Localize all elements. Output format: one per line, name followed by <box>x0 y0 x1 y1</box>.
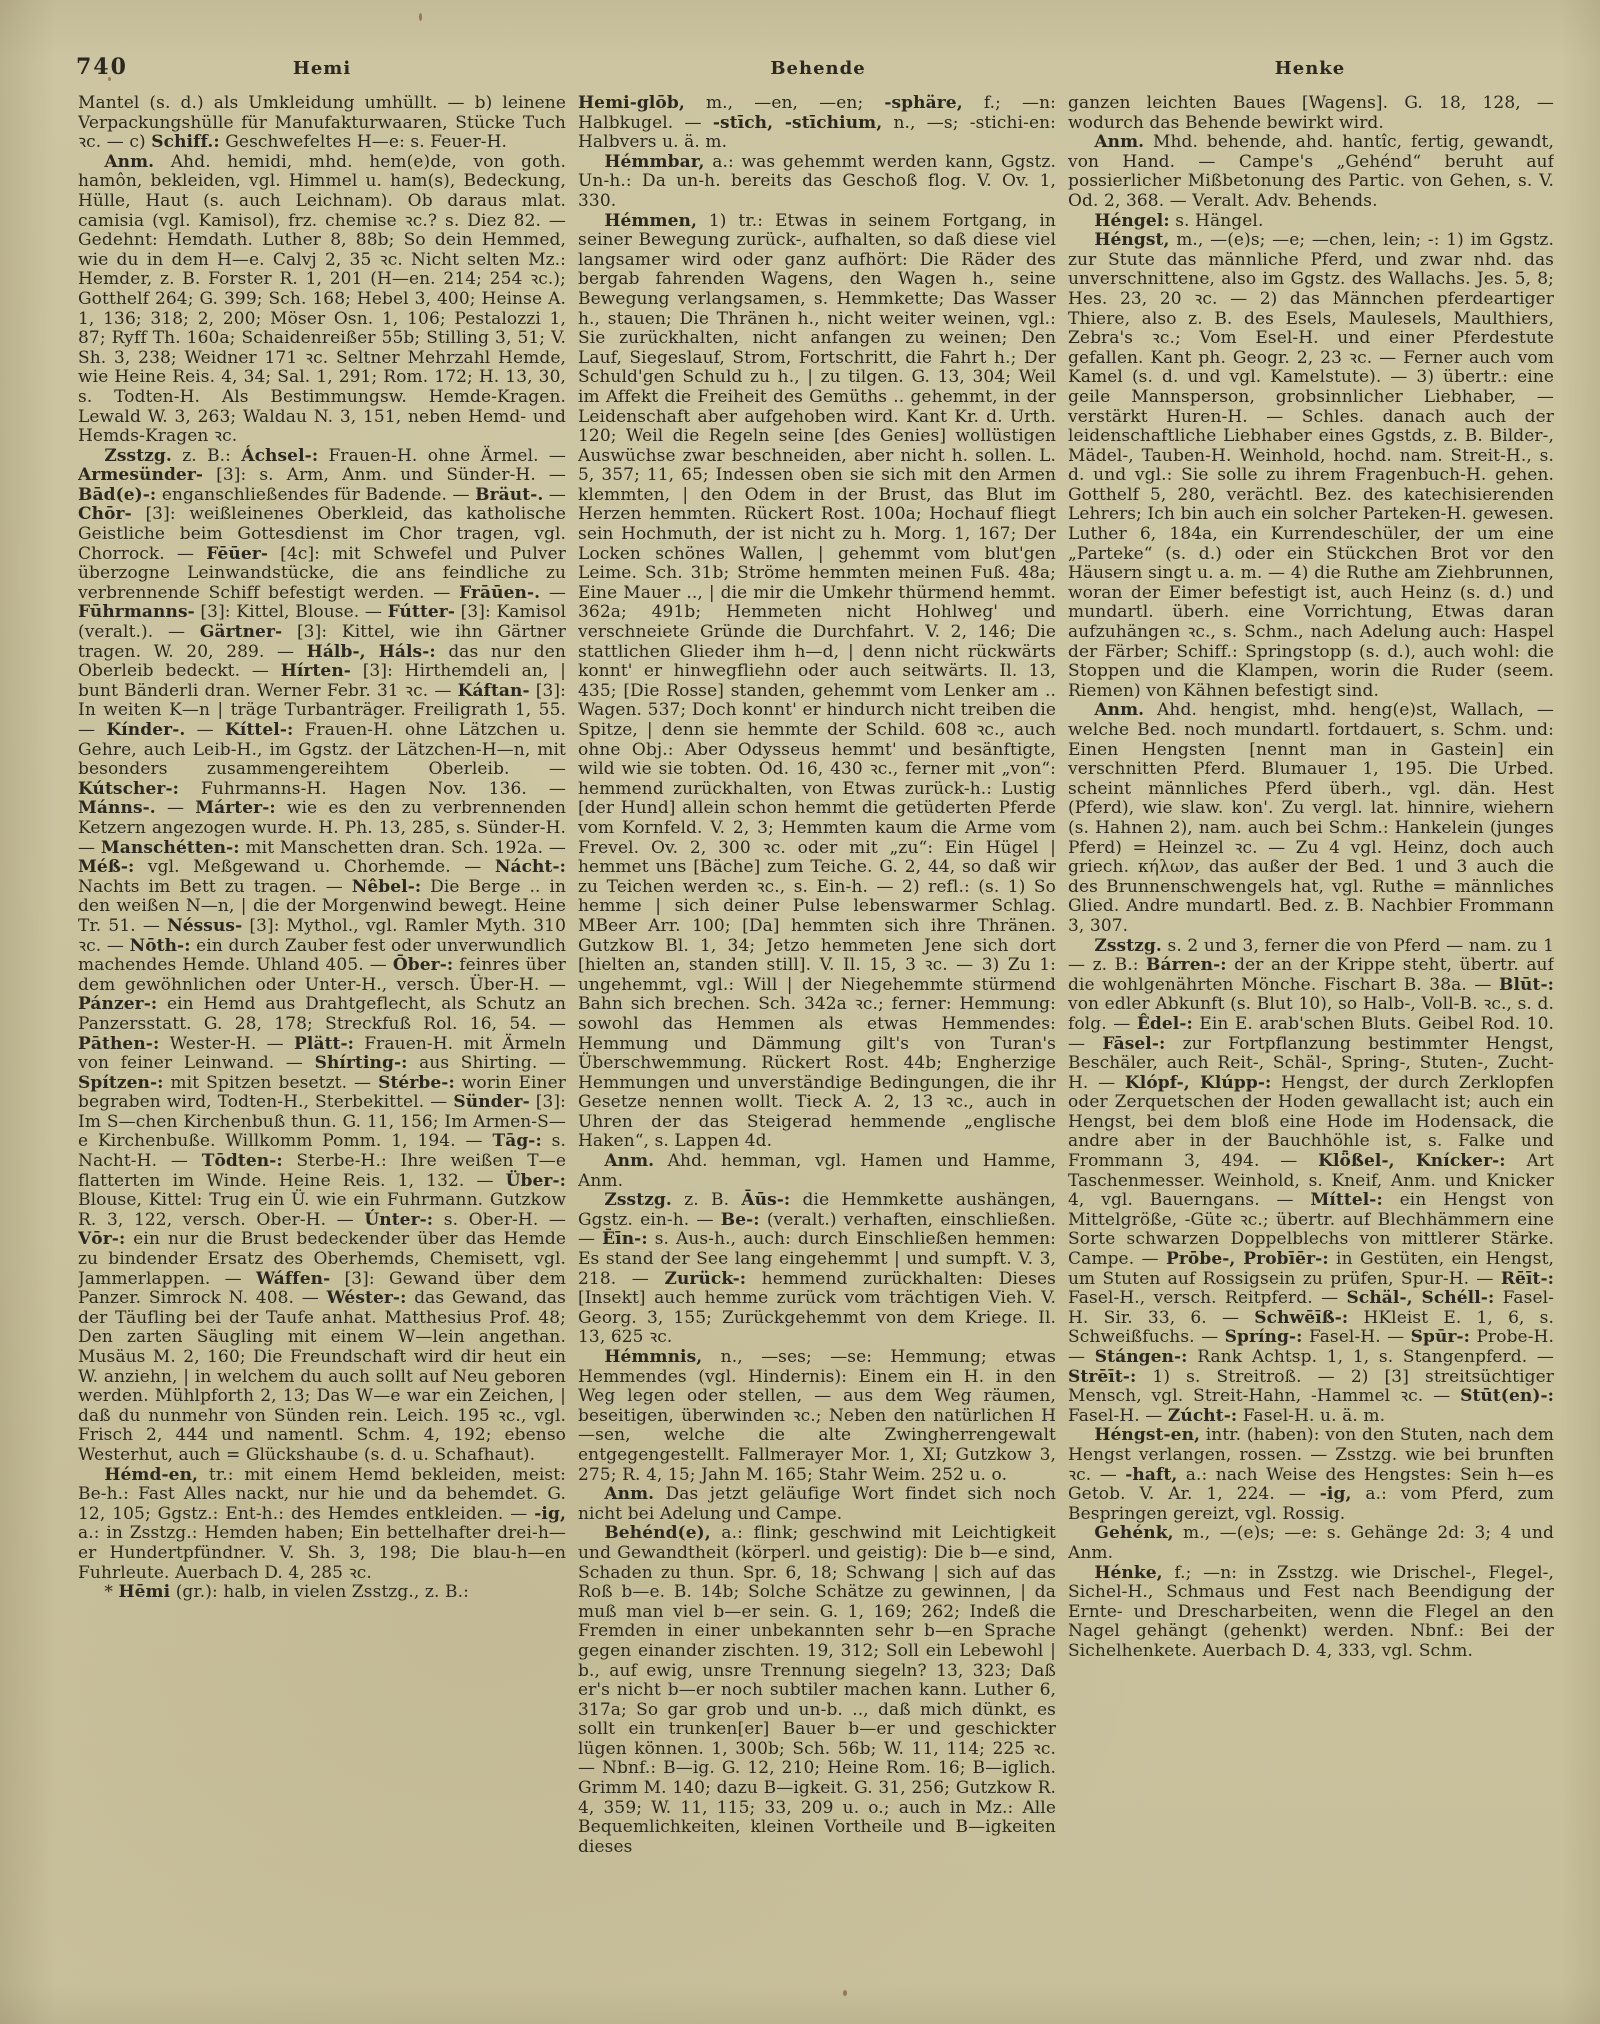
dictionary-page: 740 Hemi Behende Henke Mantel (s. d.) al… <box>0 0 1600 2024</box>
headword: Márter-: <box>195 798 276 818</box>
headword: Zsstzg. <box>104 446 172 466</box>
entry-paragraph: * Hēmi (gr.): halb, in vielen Zsstzg., z… <box>78 1583 566 1603</box>
headword: Gärtner- <box>200 622 282 642</box>
headword: Strēīt-: <box>1068 1367 1136 1387</box>
headword: Sünder- <box>453 1092 529 1112</box>
entry-text: a.: flink; geschwind mit Leichtigkeit un… <box>578 1523 1056 1857</box>
headword: Êdel-: <box>1137 1014 1193 1034</box>
entry-text: Geschwefeltes H—e: s. Feuer-H. <box>220 132 507 152</box>
headword: Schiff.: <box>151 132 219 152</box>
headword: Zúcht-: <box>1168 1406 1237 1426</box>
entry-paragraph: Hémmnis, n., —ses; —se: Hemmung; etwas H… <box>578 1348 1056 1485</box>
entry-text: Fasel-H. — <box>1303 1327 1411 1347</box>
headword: Wéster-: <box>327 1288 407 1308</box>
entry-text: — <box>185 720 225 740</box>
entry-text: — <box>156 798 195 818</box>
paper-speck <box>843 1990 847 1996</box>
headword: Zsstzg. <box>604 1190 672 1210</box>
entry-text: Fasel-H., versch. Reitpferd. — <box>1068 1288 1347 1308</box>
headword: Nōth-: <box>130 936 191 956</box>
dictionary-column-2: Hemi-glōb, m., —en, —en; -sphäre, f.; —n… <box>578 94 1056 1904</box>
headword: Anm. <box>1094 132 1144 152</box>
entry-paragraph: Héngst-en, intr. (haben): von den Stuten… <box>1068 1426 1554 1524</box>
page-number: 740 <box>76 54 128 80</box>
entry-paragraph: Mantel (s. d.) als Umkleidung umhüllt. —… <box>78 94 566 153</box>
running-head-right: Henke <box>1275 58 1345 79</box>
entry-paragraph: Anm. Ahd. hengist, mhd. heng(e)st, Walla… <box>1068 701 1554 936</box>
entry-text: s. Hängel. <box>1170 211 1264 231</box>
headword: Schäl-, Schéll-: <box>1347 1288 1495 1308</box>
headword: Únter-: <box>364 1210 433 1230</box>
headword: Hírten- <box>281 661 351 681</box>
headword: Anm. <box>1094 700 1144 720</box>
entry-text: das Gewand, das der Täufling bei der Tau… <box>78 1288 566 1465</box>
headword: Káftan- <box>458 681 530 701</box>
entry-text: z. B.: <box>172 446 241 466</box>
entry-paragraph: Héngst, m., —(e)s; —e; —chen, lein; -: 1… <box>1068 231 1554 701</box>
headword: -ig, <box>534 1504 566 1524</box>
headword: Hémmnis, <box>604 1347 702 1367</box>
headword: Über-: <box>506 1171 566 1191</box>
headword: Hémmen, <box>604 211 697 231</box>
headword: Behénd(e), <box>604 1523 710 1543</box>
running-head-center: Behende <box>770 58 865 79</box>
entry-paragraph: Anm. Ahd. hemman, vgl. Hamen und Hamme, … <box>578 1152 1056 1191</box>
entry-paragraph: Hemi-glōb, m., —en, —en; -sphäre, f.; —n… <box>578 94 1056 153</box>
headword: Plätt-: <box>294 1034 354 1054</box>
entry-text: Rank Achtsp. 1, 1, s. Stangenpferd. — <box>1188 1347 1554 1367</box>
entry-text: a.: in Zsstzg.: Hemden haben; Ein bettel… <box>78 1523 566 1582</box>
entry-text: Wester-H. — <box>159 1034 294 1054</box>
entry-text: mit Spitzen besetzt. — <box>164 1073 379 1093</box>
headword: -haft, <box>1125 1465 1177 1485</box>
entry-paragraph: Anm. Das jetzt geläufige Wort findet sic… <box>578 1485 1056 1524</box>
entry-paragraph: Zsstzg. z. B. Āūs-: die Hemmkette aushän… <box>578 1191 1056 1348</box>
entry-paragraph: Héngel: s. Hängel. <box>1068 212 1554 232</box>
headword: -sphäre, <box>884 94 962 113</box>
entry-text: (gr.): halb, in vielen Zsstzg., z. B.: <box>170 1582 469 1602</box>
paper-speck <box>700 415 702 418</box>
headword: Spríng-: <box>1225 1327 1303 1347</box>
headword: Manschétten-: <box>101 838 240 858</box>
headword: Zurück-: <box>664 1269 746 1289</box>
entry-text: [3]: Kittel, Blouse. — <box>195 602 388 622</box>
headword: Klȫßel-, Knícker-: <box>1318 1151 1506 1171</box>
entry-text: Fasel-H. u. ä. m. <box>1237 1406 1385 1426</box>
entry-text: m., —(e)s; —e; —chen, lein; -: 1) im Ggs… <box>1068 230 1554 701</box>
headword: Fāsel-: <box>1102 1034 1165 1054</box>
headword: Nêbel-: <box>352 877 422 897</box>
headword: Bräut-. <box>475 485 543 505</box>
entry-text: m., —en, —en; <box>685 94 884 113</box>
entry-paragraph: Hémmen, 1) tr.: Etwas in seinem Fortgang… <box>578 212 1056 1153</box>
headword: Spítzen-: <box>78 1073 164 1093</box>
headword: Armesünder- <box>78 465 203 485</box>
headword: Néssus- <box>167 916 242 936</box>
headword: Méß-: <box>78 857 134 877</box>
headword: Ōber-: <box>393 955 453 975</box>
headword: Kíttel-: <box>225 720 293 740</box>
entry-text: aus Shirting. — <box>408 1053 566 1073</box>
headword: Shírting-: <box>315 1053 408 1073</box>
headword: Kínder-. <box>106 720 185 740</box>
entry-text: s. Ober-H. — <box>433 1210 566 1230</box>
entry-paragraph: Zsstzg. s. 2 und 3, ferner die von Pferd… <box>1068 937 1554 1427</box>
headword: Chōr- <box>78 504 132 524</box>
headword: Bárren-: <box>1146 955 1227 975</box>
entry-text: n., —ses; —se: Hemmung; etwas Hemmendes … <box>578 1347 1056 1485</box>
entry-paragraph: Anm. Ahd. hemidi, mhd. hem(e)de, von got… <box>78 153 566 447</box>
entry-text: 1) tr.: Etwas in seinem Fortgang, in sei… <box>578 211 1056 1152</box>
headword: Héngst-en, <box>1094 1425 1200 1445</box>
entry-text: * <box>104 1582 118 1602</box>
headword: Blūt-: <box>1499 975 1554 995</box>
headword: Pánzer-: <box>78 994 157 1014</box>
headword: Hēmi <box>118 1582 170 1602</box>
headword: Nácht-: <box>495 857 566 877</box>
paper-speck <box>419 13 422 21</box>
entry-text: — <box>543 485 566 505</box>
headword: Hémmbar, <box>604 152 704 172</box>
headword: Hemi-glōb, <box>578 94 685 113</box>
entry-text: enganschließendes für Badende. — <box>156 485 475 505</box>
headword: Stángen-: <box>1095 1347 1188 1367</box>
entry-paragraph: Hémmbar, a.: was gehemmt werden kann, Gg… <box>578 153 1056 212</box>
headword: Āūs-: <box>741 1190 790 1210</box>
headword: Frāūen-. <box>459 583 540 603</box>
headword: Héngel: <box>1094 211 1169 231</box>
headword: Hémd-en, <box>104 1465 198 1485</box>
headword: Bād(e)-: <box>78 485 156 505</box>
headword: Anm. <box>604 1484 654 1504</box>
headword: Pāthen-: <box>78 1034 159 1054</box>
entry-text: Ahd. hengist, mhd. heng(e)st, Wallach, —… <box>1068 700 1554 936</box>
headword: Héngst, <box>1094 230 1169 250</box>
headword: Gehénk, <box>1094 1523 1173 1543</box>
entry-text: [3]: s. Arm, Anm. und Sünder-H. — <box>203 465 566 485</box>
headword: Be-: <box>721 1210 760 1230</box>
headword: Fútter- <box>388 602 455 622</box>
entry-text: Fasel-H. — <box>1068 1406 1168 1426</box>
headword: Stérbe-: <box>378 1073 455 1093</box>
dictionary-column-3: ganzen leichten Baues [Wagens]. G. 18, 1… <box>1068 94 1554 1904</box>
headword: Rēīt-: <box>1501 1269 1554 1289</box>
entry-text: Nachts im Bett zu tragen. — <box>78 877 352 897</box>
headword: Tāg-: <box>492 1131 541 1151</box>
headword: Stūt(en)-: <box>1460 1386 1554 1406</box>
entry-paragraph: Hénke, f.; —n: in Zsstzg. wie Drischel-,… <box>1068 1564 1554 1662</box>
entry-paragraph: Behénd(e), a.: flink; geschwind mit Leic… <box>578 1524 1056 1857</box>
headword: Schwēīß-: <box>1254 1308 1348 1328</box>
headword: Anm. <box>604 1151 654 1171</box>
headword: Fūhrmanns- <box>78 602 195 622</box>
entry-text: Fuhrmanns-H. Hagen Nov. 136. — <box>179 779 566 799</box>
headword: Tōdten-: <box>202 1151 283 1171</box>
headword: Vōr-: <box>78 1229 125 1249</box>
headword: Hálb-, Háls-: <box>307 642 436 662</box>
entry-paragraph: Gehénk, m., —(e)s; —e: s. Gehänge 2d: 3;… <box>1068 1524 1554 1563</box>
entry-text: ganzen leichten Baues [Wagens]. G. 18, 1… <box>1068 94 1554 133</box>
headword: Mánns-. <box>78 798 156 818</box>
paper-speck <box>108 77 111 81</box>
headword: Wáffen- <box>256 1269 330 1289</box>
entry-text: Frauen-H. ohne Ärmel. — <box>318 446 566 466</box>
headword: Míttel-: <box>1310 1190 1382 1210</box>
running-head-left: Hemi <box>293 58 351 79</box>
entry-text: — <box>540 583 566 603</box>
headword: Fēūer- <box>206 544 268 564</box>
entry-text: Ahd. hemidi, mhd. hem(e)de, von goth. ha… <box>78 152 566 446</box>
entry-paragraph: Anm. Mhd. behende, ahd. hantîc, fertig, … <box>1068 133 1554 211</box>
headword: Anm. <box>104 152 154 172</box>
headword: Ēīn-: <box>602 1229 648 1249</box>
headword: Áchsel-: <box>241 446 318 466</box>
entry-paragraph: Zsstzg. z. B.: Áchsel-: Frauen-H. ohne Ä… <box>78 447 566 1466</box>
headword: Hénke, <box>1094 1563 1162 1583</box>
entry-text: z. B. <box>672 1190 741 1210</box>
headword: Prōbe-, Probīēr-: <box>1166 1249 1329 1269</box>
headword: Zsstzg. <box>1094 936 1162 956</box>
entry-paragraph: Hémd-en, tr.: mit einem Hemd bekleiden, … <box>78 1466 566 1584</box>
entry-text: mit Manschetten dran. Sch. 192a. — <box>240 838 566 858</box>
headword: Kútscher-: <box>78 779 179 799</box>
entry-paragraph: ganzen leichten Baues [Wagens]. G. 18, 1… <box>1068 94 1554 133</box>
headword: -ig, <box>1320 1484 1352 1504</box>
headword: Klópf-, Klúpp-: <box>1125 1073 1271 1093</box>
headword: -stīch, -stīchium, <box>713 113 882 133</box>
headword: Spūr-: <box>1411 1327 1470 1347</box>
dictionary-column-1: Mantel (s. d.) als Umkleidung umhüllt. —… <box>78 94 566 1904</box>
entry-text: vgl. Meßgewand u. Chorhemde. — <box>134 857 494 877</box>
